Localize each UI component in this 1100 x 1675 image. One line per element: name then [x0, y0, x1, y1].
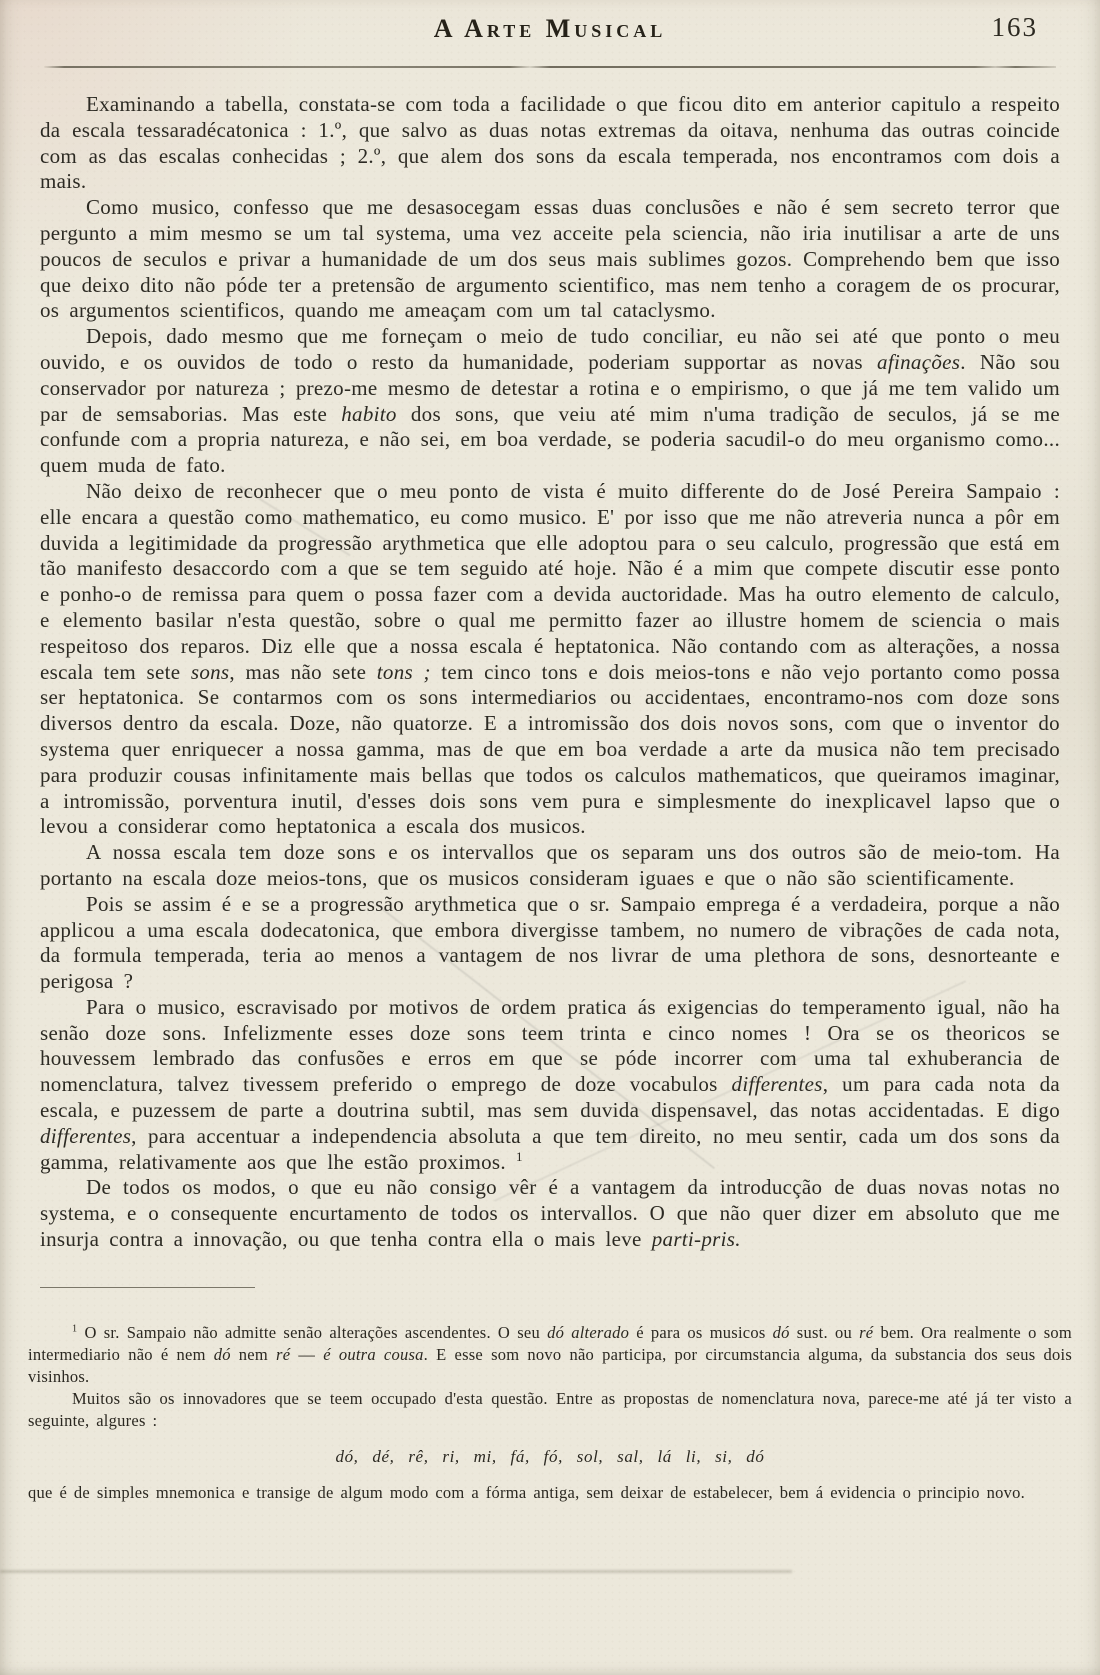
footnote-2: Muitos são os innovadores que se teem oc… — [28, 1388, 1072, 1432]
running-title: A Arte Musical — [0, 14, 1100, 44]
italic-text-run: afinações — [877, 350, 960, 374]
text-run: , para accentuar a independencia absolut… — [40, 1124, 1060, 1174]
footnote-rule — [40, 1287, 255, 1289]
header-rule — [44, 66, 1056, 68]
text-run: que é de simples mnemonica e transige de… — [28, 1483, 1025, 1502]
text-run: Examinando a tabella, constata-se com to… — [40, 92, 1060, 193]
italic-text-run: habito — [341, 402, 396, 426]
text-run: Muitos são os innovadores que se teem oc… — [28, 1389, 1072, 1430]
footnote-scale-line: dó, dé, rê, ri, mi, fá, fó, sol, sal, lá… — [28, 1446, 1072, 1468]
italic-text-run: differentes — [40, 1124, 131, 1148]
paragraph-8: De todos os modos, o que eu não consigo … — [40, 1175, 1060, 1252]
text-run: Pois se assim é e se a progressão arythm… — [40, 892, 1060, 993]
italic-text-run: dó alterado — [547, 1323, 629, 1342]
text-run: é para os musicos — [629, 1323, 773, 1342]
paragraph-6: Pois se assim é e se a progressão arythm… — [40, 892, 1060, 995]
italic-text-run: tons ; — [377, 660, 431, 684]
scanned-page: A Arte Musical 163 Examinando a tabella,… — [0, 0, 1100, 1675]
footnote-3: que é de simples mnemonica e transige de… — [28, 1482, 1072, 1504]
italic-text-run: differentes — [732, 1072, 823, 1096]
text-run: nem — [231, 1345, 276, 1364]
text-run: sust. ou — [790, 1323, 859, 1342]
paragraph-2: Como musico, confesso que me desasocegam… — [40, 195, 1060, 324]
scan-crease — [0, 1570, 792, 1573]
text-run: tem cinco tons e dois meios-tons e não v… — [40, 660, 1060, 839]
italic-text-run: é outra cousa — [323, 1345, 423, 1364]
page-number: 163 — [992, 12, 1039, 43]
italic-text-run: ré — [276, 1345, 290, 1364]
footnote-1: 1 O sr. Sampaio não admitte senão altera… — [28, 1322, 1072, 1387]
paragraph-3: Depois, dado mesmo que me forneçam o mei… — [40, 324, 1060, 479]
italic-text-run: dó, dé, rê, ri, mi, fá, fó, sol, sal, lá… — [335, 1447, 764, 1466]
text-run: Como musico, confesso que me desasocegam… — [40, 195, 1060, 322]
text-run: De todos os modos, o que eu não consigo … — [40, 1175, 1060, 1251]
italic-text-run: parti-pris. — [652, 1227, 741, 1251]
paragraph-1: Examinando a tabella, constata-se com to… — [40, 92, 1060, 195]
paragraph-7: Para o musico, escravisado por motivos d… — [40, 995, 1060, 1176]
italic-text-run: sons — [191, 660, 230, 684]
text-run: , mas não sete — [229, 660, 376, 684]
italic-text-run: dó — [773, 1323, 790, 1342]
footnotes-section: 1 O sr. Sampaio não admitte senão altera… — [28, 1322, 1072, 1504]
italic-text-run: dó — [214, 1345, 231, 1364]
text-run: O sr. Sampaio não admitte senão alteraçõ… — [77, 1323, 547, 1342]
text-run: Não deixo de reconhecer que o meu ponto … — [40, 479, 1060, 684]
text-run: — — [290, 1345, 323, 1364]
paragraph-4: Não deixo de reconhecer que o meu ponto … — [40, 479, 1060, 840]
article-body: Examinando a tabella, constata-se com to… — [40, 92, 1060, 1253]
italic-text-run: ré — [859, 1323, 873, 1342]
text-run: A nossa escala tem doze sons e os interv… — [40, 840, 1060, 890]
footnote-reference: 1 — [516, 1149, 523, 1164]
paragraph-5: A nossa escala tem doze sons e os interv… — [40, 840, 1060, 892]
page-header: A Arte Musical 163 — [0, 0, 1100, 64]
